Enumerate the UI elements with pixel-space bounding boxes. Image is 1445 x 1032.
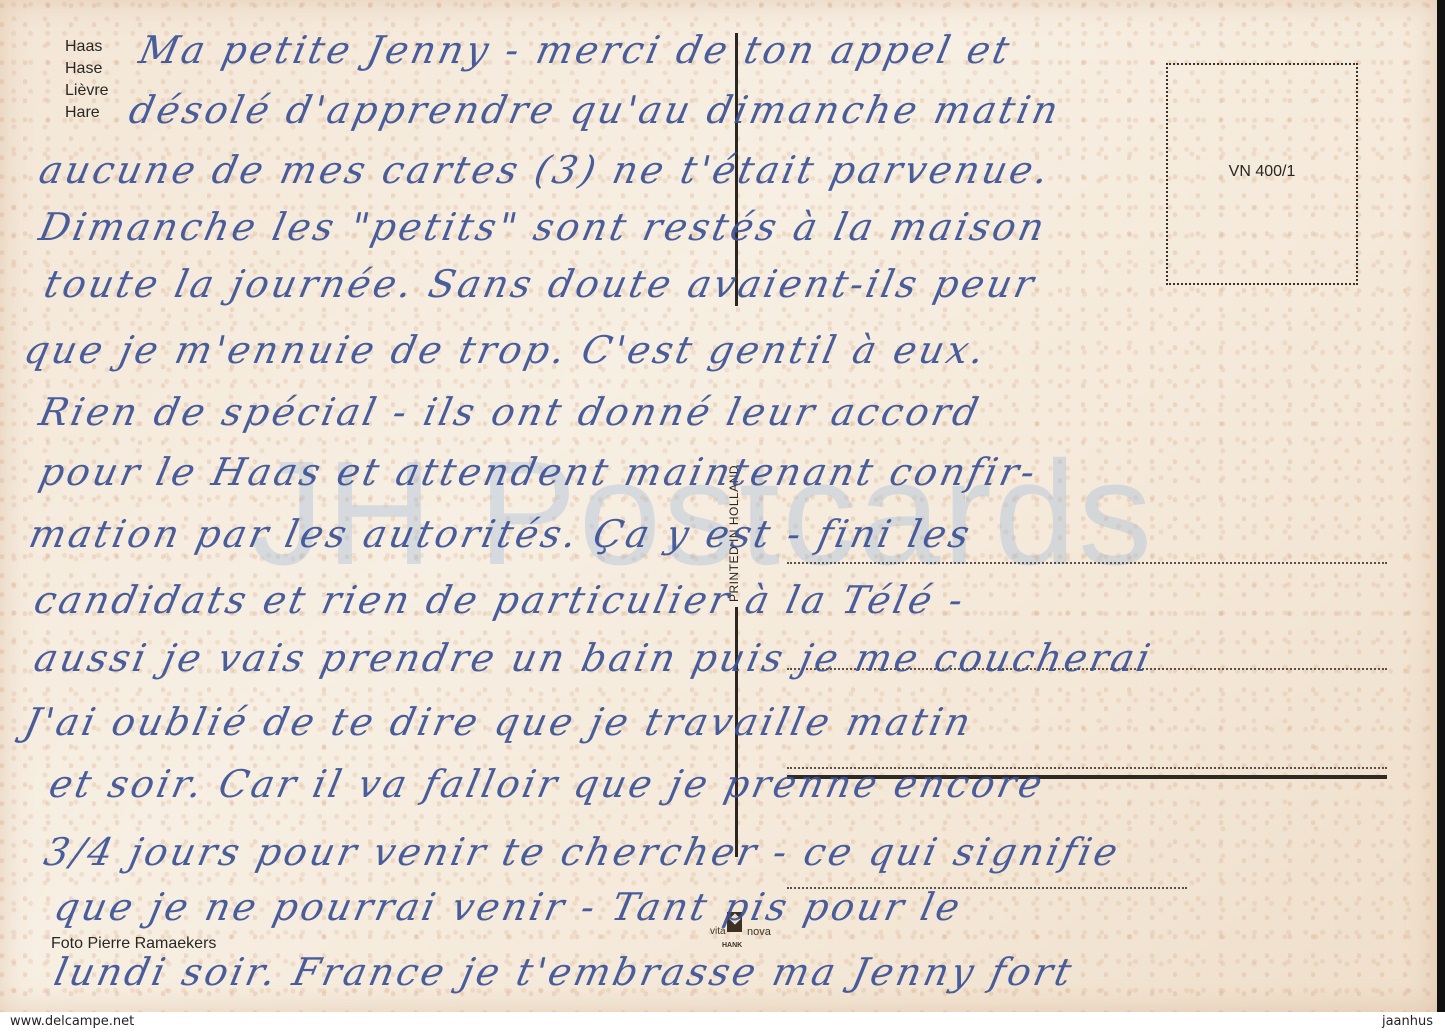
handwriting-line: Ma petite Jenny - merci de ton appel et [135, 28, 1016, 72]
source-site-right: jaanhus [1382, 1014, 1433, 1029]
source-site-left: www.delcampe.net [10, 1014, 134, 1029]
handwriting-line: aussi je vais prendre un bain puis je me… [30, 636, 1156, 680]
handwriting-line: et soir. Car il va falloir que je prenne… [45, 762, 1049, 806]
handwriting-line: 3/4 jours pour venir te chercher - ce qu… [40, 830, 1124, 874]
card-edge-shadow [1437, 0, 1445, 1012]
handwriting-line: toute la journée. Sans doute avaient-ils… [40, 262, 1040, 306]
handwriting-line: J'ai oublié de te dire que je travaille … [20, 700, 977, 744]
handwriting-line: lundi soir. France je t'embrasse ma Jenn… [50, 950, 1078, 994]
handwriting-line: Dimanche les "petits" sont restés à la m… [35, 205, 1051, 249]
handwriting-line: Rien de spécial - ils ont donné leur acc… [35, 390, 985, 434]
species-french: Lièvre [65, 80, 109, 102]
handwriting-line: mation par les autorités. Ça y est - fin… [25, 512, 976, 556]
publisher-logo-sub: HANK [722, 942, 742, 949]
handwriting-line: candidats et rien de particulier à la Té… [30, 578, 970, 622]
handwriting-line: aucune de mes cartes (3) ne t'était parv… [35, 148, 1055, 192]
species-english: Hare [65, 102, 109, 124]
species-dutch: Haas [65, 36, 109, 58]
handwriting-line: que je m'ennuie de trop. C'est gentil à … [20, 328, 991, 372]
species-names: Haas Hase Lièvre Hare [65, 36, 109, 124]
postcard-back: Haas Hase Lièvre Hare JH Postcards PRINT… [0, 0, 1437, 1012]
address-line-1 [787, 562, 1387, 564]
stamp-box: VN 400/1 [1166, 63, 1358, 285]
stamp-box-code: VN 400/1 [1168, 163, 1356, 181]
handwriting-line: pour le Haas et attendent maintenant con… [35, 450, 1042, 494]
species-german: Hase [65, 58, 109, 80]
handwriting-line: désolé d'apprendre qu'au dimanche matin [125, 88, 1065, 132]
handwriting-line: que je ne pourrai venir - Tant pis pour … [50, 885, 966, 929]
